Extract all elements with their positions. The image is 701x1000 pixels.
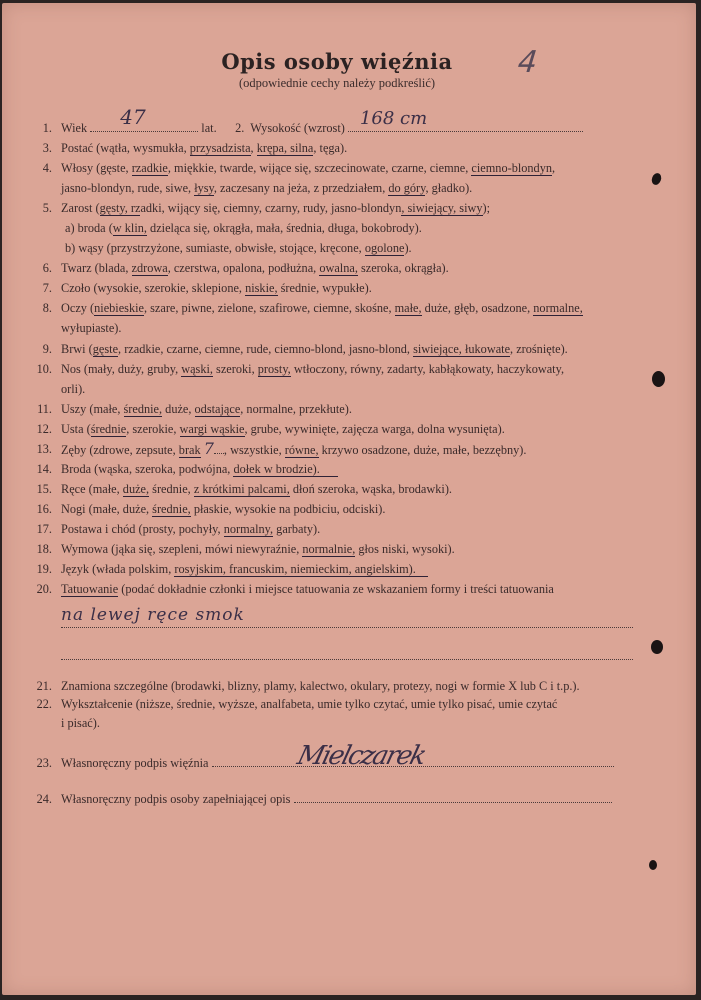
underlined-trait: , siwiejący, siwy bbox=[401, 201, 482, 216]
underlined-trait: Tatuowanie bbox=[61, 582, 118, 597]
tattoo-description: na lewej ręce smok bbox=[61, 607, 245, 623]
underlined-trait: dołek w brodzie). bbox=[233, 462, 337, 477]
underlined-trait: do góry bbox=[388, 181, 425, 196]
form-title: Opis osoby więźnia bbox=[2, 49, 672, 74]
form-subtitle: (odpowiednie cechy należy podkreślić) bbox=[2, 76, 672, 91]
underlined-trait: wargi wąskie bbox=[180, 422, 245, 437]
height-field[interactable]: 168 cm bbox=[348, 121, 583, 132]
underlined-trait: prosty, bbox=[258, 362, 291, 377]
underlined-trait: zdrowa bbox=[132, 261, 168, 276]
underlined-trait: krępa, silna bbox=[257, 141, 314, 156]
punch-hole bbox=[649, 860, 657, 870]
underlined-trait: niebieskie bbox=[94, 301, 144, 316]
form-page: Opis osoby więźnia (odpowiednie cechy na… bbox=[2, 3, 696, 995]
underlined-trait: małe, bbox=[395, 301, 422, 316]
punch-hole bbox=[652, 371, 665, 387]
prisoner-signature: Mielczarek bbox=[294, 741, 427, 771]
underlined-trait: brak bbox=[179, 443, 201, 458]
underlined-trait: ogolone bbox=[365, 241, 405, 256]
underlined-trait: owalna, bbox=[319, 261, 358, 276]
underlined-trait: z krótkimi palcami, bbox=[194, 482, 290, 497]
underlined-trait: siwiejące, łukowate bbox=[413, 342, 510, 357]
underlined-trait: gęsty, rz bbox=[100, 201, 141, 216]
age-label: Wiek bbox=[61, 121, 87, 135]
punch-hole bbox=[651, 640, 663, 654]
underlined-trait: normalny, bbox=[224, 522, 273, 537]
underlined-trait: przysadzista bbox=[190, 141, 251, 156]
underlined-trait: wąski, bbox=[181, 362, 213, 377]
underlined-trait: równe, bbox=[285, 443, 319, 458]
underlined-trait: rzadkie bbox=[132, 161, 168, 176]
underlined-trait: rosyjskim, francuskim, niemieckim, angie… bbox=[174, 562, 427, 577]
height-value: 168 cm bbox=[360, 111, 427, 127]
age-field[interactable]: 47 bbox=[90, 121, 198, 132]
clerk-signature-field[interactable] bbox=[294, 792, 612, 803]
underlined-trait: normalne, bbox=[533, 301, 583, 316]
underlined-trait: duże, bbox=[123, 482, 149, 497]
underlined-trait: średnie, bbox=[124, 402, 163, 417]
age-value: 47 bbox=[120, 109, 145, 125]
missing-teeth-count: 7 bbox=[204, 439, 214, 458]
underlined-trait: średnie bbox=[91, 422, 127, 437]
underlined-trait: odstające bbox=[195, 402, 241, 417]
underlined-trait: niskie, bbox=[245, 281, 277, 296]
underlined-trait: w klin, bbox=[113, 221, 147, 236]
handwritten-page-mark: 4 bbox=[516, 45, 539, 80]
underlined-trait: ciemno-blondyn bbox=[471, 161, 552, 176]
underlined-trait: gęste bbox=[93, 342, 118, 357]
height-label: Wysokość (wzrost) bbox=[250, 121, 345, 135]
underlined-trait: średnie, bbox=[152, 502, 191, 517]
underlined-trait: łysy bbox=[194, 181, 214, 196]
underlined-trait: normalnie, bbox=[302, 542, 355, 557]
paper-damage-mark bbox=[650, 172, 663, 186]
